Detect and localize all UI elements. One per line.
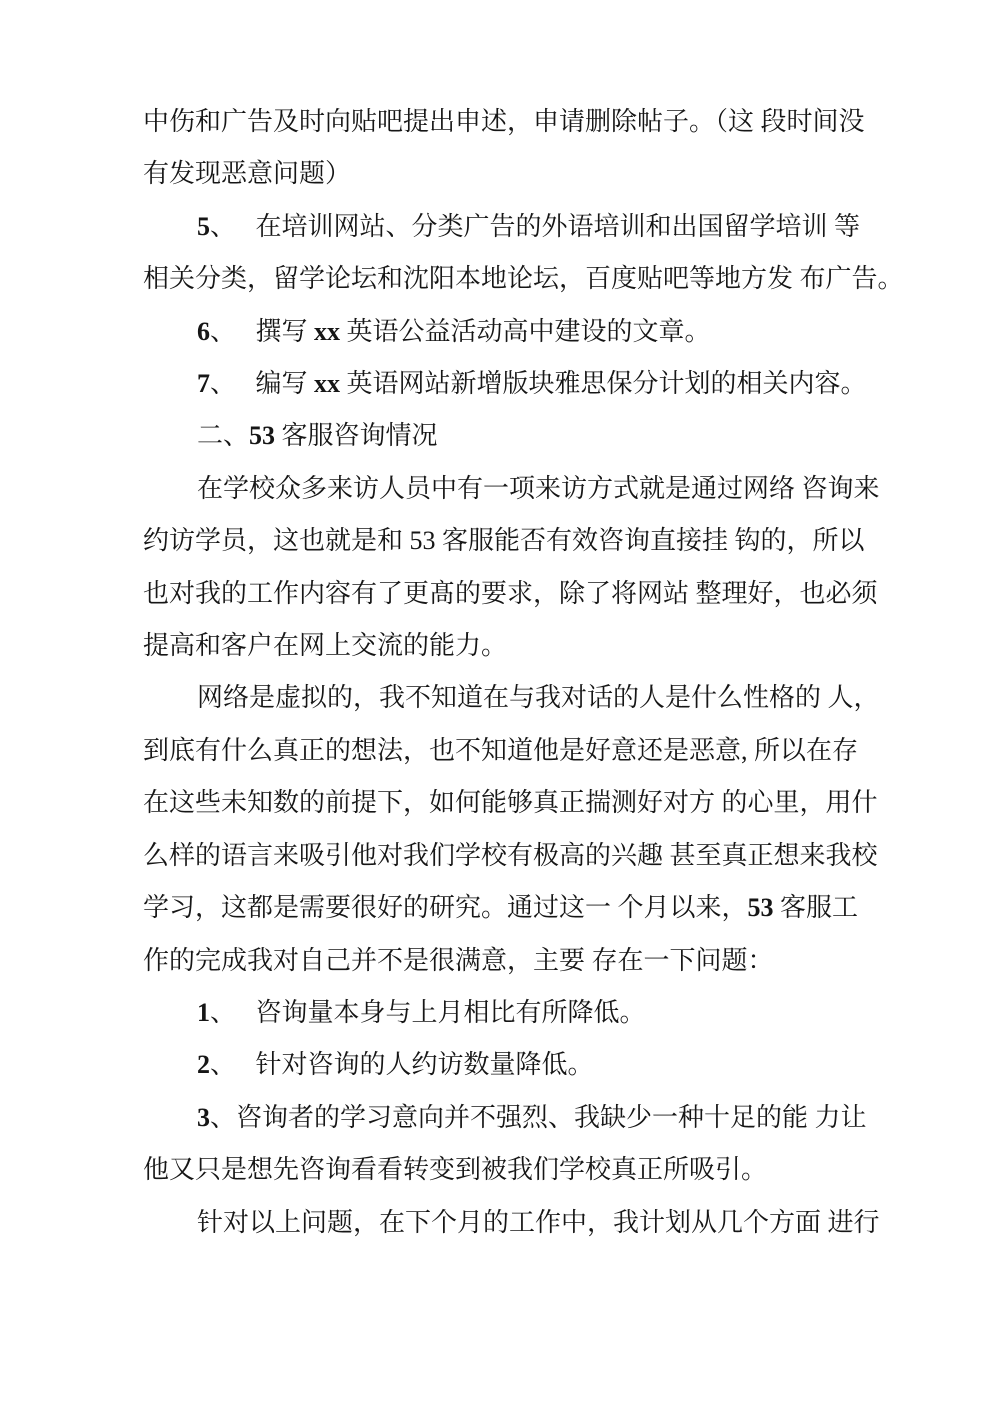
text-line: 有发现恶意问题） (143, 148, 907, 200)
text-segment: 客服工 (774, 893, 859, 922)
bold-text-segment: 2 (197, 1050, 210, 1079)
text-segment: 也对我的工作内容有了更髙的要求，除了将网站 整理好，也必须 (143, 579, 878, 608)
text-segment: 学习，这都是需要很好的研究。通过这一 个月以来， (143, 893, 748, 922)
text-segment: 客服咨询情况 (275, 421, 438, 450)
bold-text-segment: 5 (197, 212, 210, 241)
text-segment: 么样的语言来吸引他对我们学校有极高的兴趣 甚至真正想来我校 (143, 841, 878, 870)
text-line: 2、 针对咨询的人约访数量降低。 (143, 1039, 907, 1091)
text-line: 么样的语言来吸引他对我们学校有极高的兴趣 甚至真正想来我校 (143, 830, 907, 882)
text-segment: 有发现恶意问题） (143, 159, 351, 188)
bold-text-segment: xx (314, 317, 340, 346)
document-page: 中伤和广告及时向贴吧提出申述，申请删除帖子。（这 段时间没有发现恶意问题）5、 … (0, 0, 1000, 1415)
text-segment: 提高和客户在网上交流的能力。 (143, 631, 507, 660)
text-line: 相关分类，留学论坛和沈阳本地论坛，百度贴吧等地方发 布广告。 (143, 253, 907, 305)
text-segment: 作的完成我对自己并不是很满意，主要 存在一下问题： (143, 946, 774, 975)
text-segment: 针对以上问题，在下个月的工作中，我计划从几个方面 进行 (197, 1208, 880, 1237)
text-line: 中伤和广告及时向贴吧提出申述，申请删除帖子。（这 段时间没 (143, 96, 907, 148)
bold-text-segment: 53 (249, 421, 275, 450)
text-segment: 、 针对咨询的人约访数量降低。 (210, 1050, 594, 1079)
text-segment: 中伤和广告及时向贴吧提出申述，申请删除帖子。（这 段时间没 (143, 107, 865, 136)
bold-text-segment: 6 (197, 317, 210, 346)
text-line: 在这些未知数的前提下，如何能够真正揣测好对方 的心里，用什 (143, 777, 907, 829)
text-segment: 在这些未知数的前提下，如何能够真正揣测好对方 的心里，用什 (143, 788, 878, 817)
text-segment: 约访学员，这也就是和 53 客服能否有效咨询直接挂 钩的，所以 (143, 526, 865, 555)
text-line: 3、咨询者的学习意向并不强烈、我缺少一种十足的能 力让 (143, 1092, 907, 1144)
text-segment: 、 编写 (210, 369, 314, 398)
text-line: 二、53 客服咨询情况 (143, 410, 907, 462)
bold-text-segment: 53 (748, 893, 774, 922)
text-segment: 二、 (197, 421, 249, 450)
text-segment: 在学校众多来访人员中有一项来访方式就是通过网络 咨询来 (197, 474, 880, 503)
text-line: 到底有什么真正的想法，也不知道他是好意还是恶意, 所以在存 (143, 725, 907, 777)
text-line: 7、 编写 xx 英语网站新增版块雅思保分计划的相关内容。 (143, 358, 907, 410)
bold-text-segment: 3 (197, 1103, 210, 1132)
text-line: 6、 撰写 xx 英语公益活动高中建设的文章。 (143, 306, 907, 358)
text-line: 提高和客户在网上交流的能力。 (143, 620, 907, 672)
text-segment: 、 在培训网站、分类广告的外语培训和出国留学培训 等 (210, 212, 860, 241)
text-segment: 网络是虚拟的，我不知道在与我对话的人是什么性格的 人， (197, 683, 880, 712)
text-segment: 英语网站新增版块雅思保分计划的相关内容。 (340, 369, 867, 398)
text-segment: 英语公益活动高中建设的文章。 (340, 317, 711, 346)
text-line: 约访学员，这也就是和 53 客服能否有效咨询直接挂 钩的，所以 (143, 515, 907, 567)
text-segment: 他又只是想先咨询看看转变到被我们学校真正所吸引。 (143, 1155, 767, 1184)
text-segment: 、 撰写 (210, 317, 314, 346)
text-line: 网络是虚拟的，我不知道在与我对话的人是什么性格的 人， (143, 672, 907, 724)
text-line: 5、 在培训网站、分类广告的外语培训和出国留学培训 等 (143, 201, 907, 253)
bold-text-segment: xx (314, 369, 340, 398)
text-line: 针对以上问题，在下个月的工作中，我计划从几个方面 进行 (143, 1197, 907, 1249)
text-segment: 到底有什么真正的想法，也不知道他是好意还是恶意, 所以在存 (143, 736, 858, 765)
text-line: 学习，这都是需要很好的研究。通过这一 个月以来，53 客服工 (143, 882, 907, 934)
text-segment: 、 咨询量本身与上月相比有所降低。 (210, 998, 646, 1027)
text-line: 1、 咨询量本身与上月相比有所降低。 (143, 987, 907, 1039)
text-line: 他又只是想先咨询看看转变到被我们学校真正所吸引。 (143, 1144, 907, 1196)
text-segment: 相关分类，留学论坛和沈阳本地论坛，百度贴吧等地方发 布广告。 (143, 264, 904, 293)
text-line: 在学校众多来访人员中有一项来访方式就是通过网络 咨询来 (143, 463, 907, 515)
text-line: 也对我的工作内容有了更髙的要求，除了将网站 整理好，也必须 (143, 568, 907, 620)
text-segment: 、咨询者的学习意向并不强烈、我缺少一种十足的能 力让 (210, 1103, 867, 1132)
document-content: 中伤和广告及时向贴吧提出申述，申请删除帖子。（这 段时间没有发现恶意问题）5、 … (143, 96, 907, 1249)
text-line: 作的完成我对自己并不是很满意，主要 存在一下问题： (143, 935, 907, 987)
bold-text-segment: 7 (197, 369, 210, 398)
bold-text-segment: 1 (197, 998, 210, 1027)
